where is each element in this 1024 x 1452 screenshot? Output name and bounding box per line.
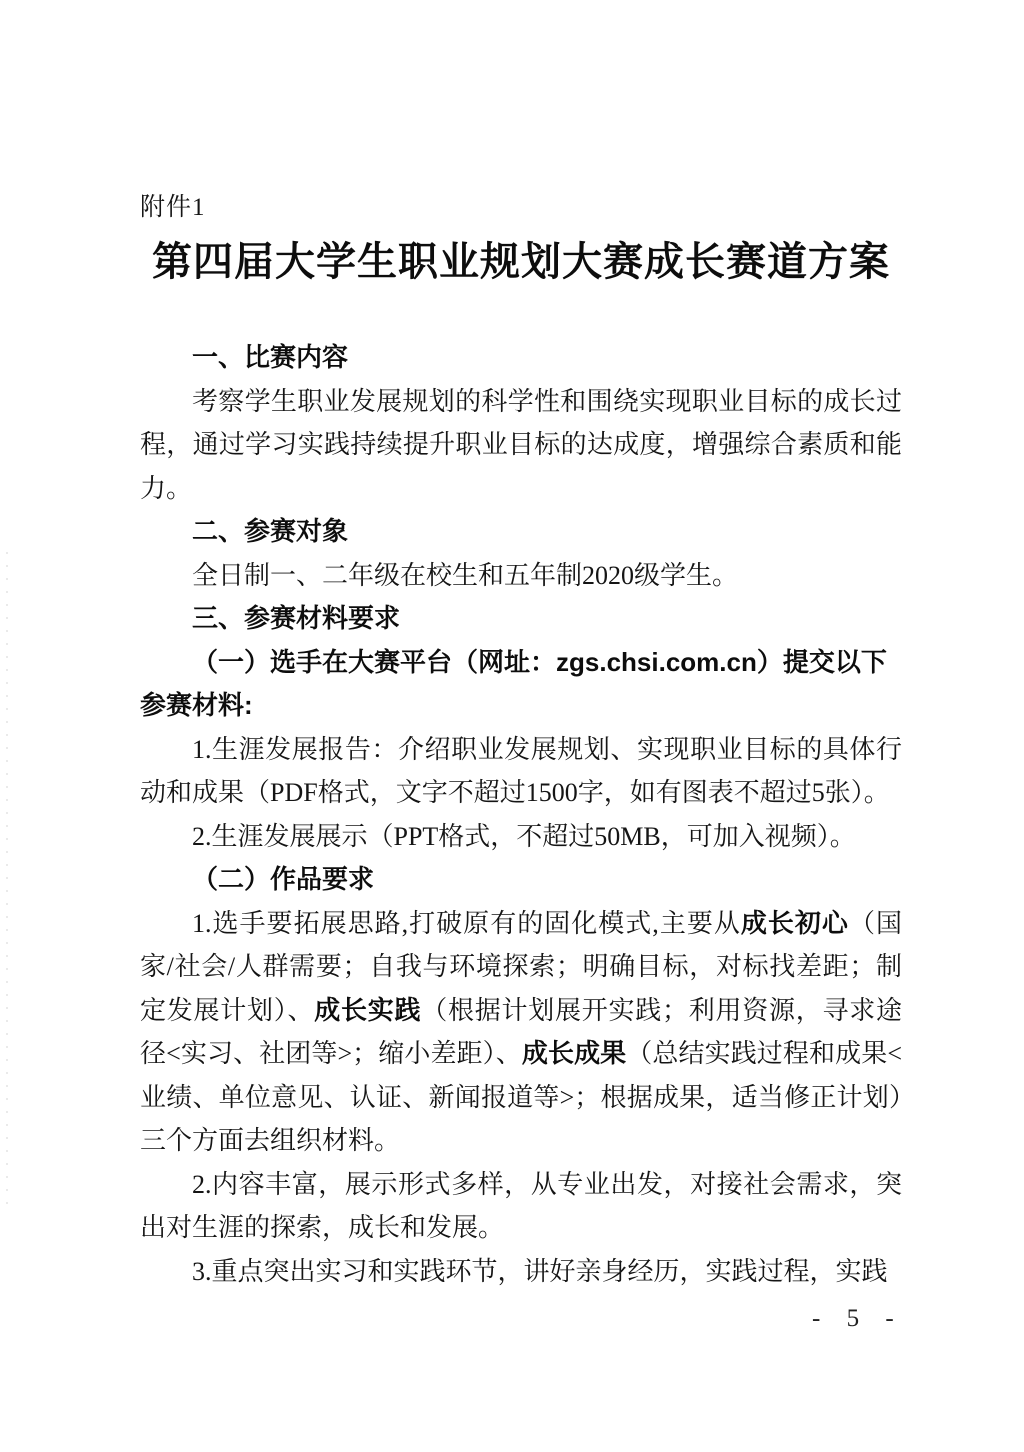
section-3-heading: 三、参赛材料要求 — [140, 597, 902, 641]
document-body: 一、比赛内容 考察学生职业发展规划的科学性和围绕实现职业目标的成长过程，通过学习… — [140, 336, 902, 1293]
bold-text-segment: 成长成果 — [522, 1038, 626, 1068]
attachment-label: 附件1 — [140, 192, 902, 224]
subsection-2-heading: （二）作品要求 — [140, 858, 902, 902]
subsection-2-paragraph-3: 3.重点突出实习和实践环节，讲好亲身经历，实践过程，实践 — [140, 1250, 902, 1294]
section-2-paragraph: 全日制一、二年级在校生和五年制2020级学生。 — [140, 554, 902, 598]
subsection-2-paragraph-1: 1.选手要拓展思路,打破原有的固化模式,主要从成长初心（国家/社会/人群需要；自… — [140, 902, 902, 1163]
bold-text-segment: 成长初心 — [741, 908, 849, 938]
text-segment: 1.选手要拓展思路,打破原有的固化模式,主要从 — [192, 909, 741, 938]
subsection-1-paragraph-1: 1.生涯发展报告：介绍职业发展规划、实现职业目标的具体行动和成果（PDF格式，文… — [140, 728, 902, 815]
scan-artifact — [6, 552, 8, 1212]
section-2-heading: 二、参赛对象 — [140, 510, 902, 554]
subsection-2-paragraph-2: 2.内容丰富，展示形式多样，从专业出发，对接社会需求，突出对生涯的探索，成长和发… — [140, 1163, 902, 1250]
section-1-heading: 一、比赛内容 — [140, 336, 902, 380]
page-number: - 5 - — [812, 1305, 904, 1333]
subsection-1-paragraph-2: 2.生涯发展展示（PPT格式，不超过50MB，可加入视频）。 — [140, 815, 902, 859]
bold-text-segment: 成长实践 — [314, 995, 421, 1025]
section-1-paragraph: 考察学生职业发展规划的科学性和围绕实现职业目标的成长过程，通过学习实践持续提升职… — [140, 380, 902, 511]
subsection-1-heading: （一）选手在大赛平台（网址：zgs.chsi.com.cn）提交以下参赛材料: — [140, 641, 902, 728]
page-title: 第四届大学生职业规划大赛成长赛道方案 — [140, 236, 902, 288]
document-page: 附件1 第四届大学生职业规划大赛成长赛道方案 一、比赛内容 考察学生职业发展规划… — [140, 192, 902, 1293]
